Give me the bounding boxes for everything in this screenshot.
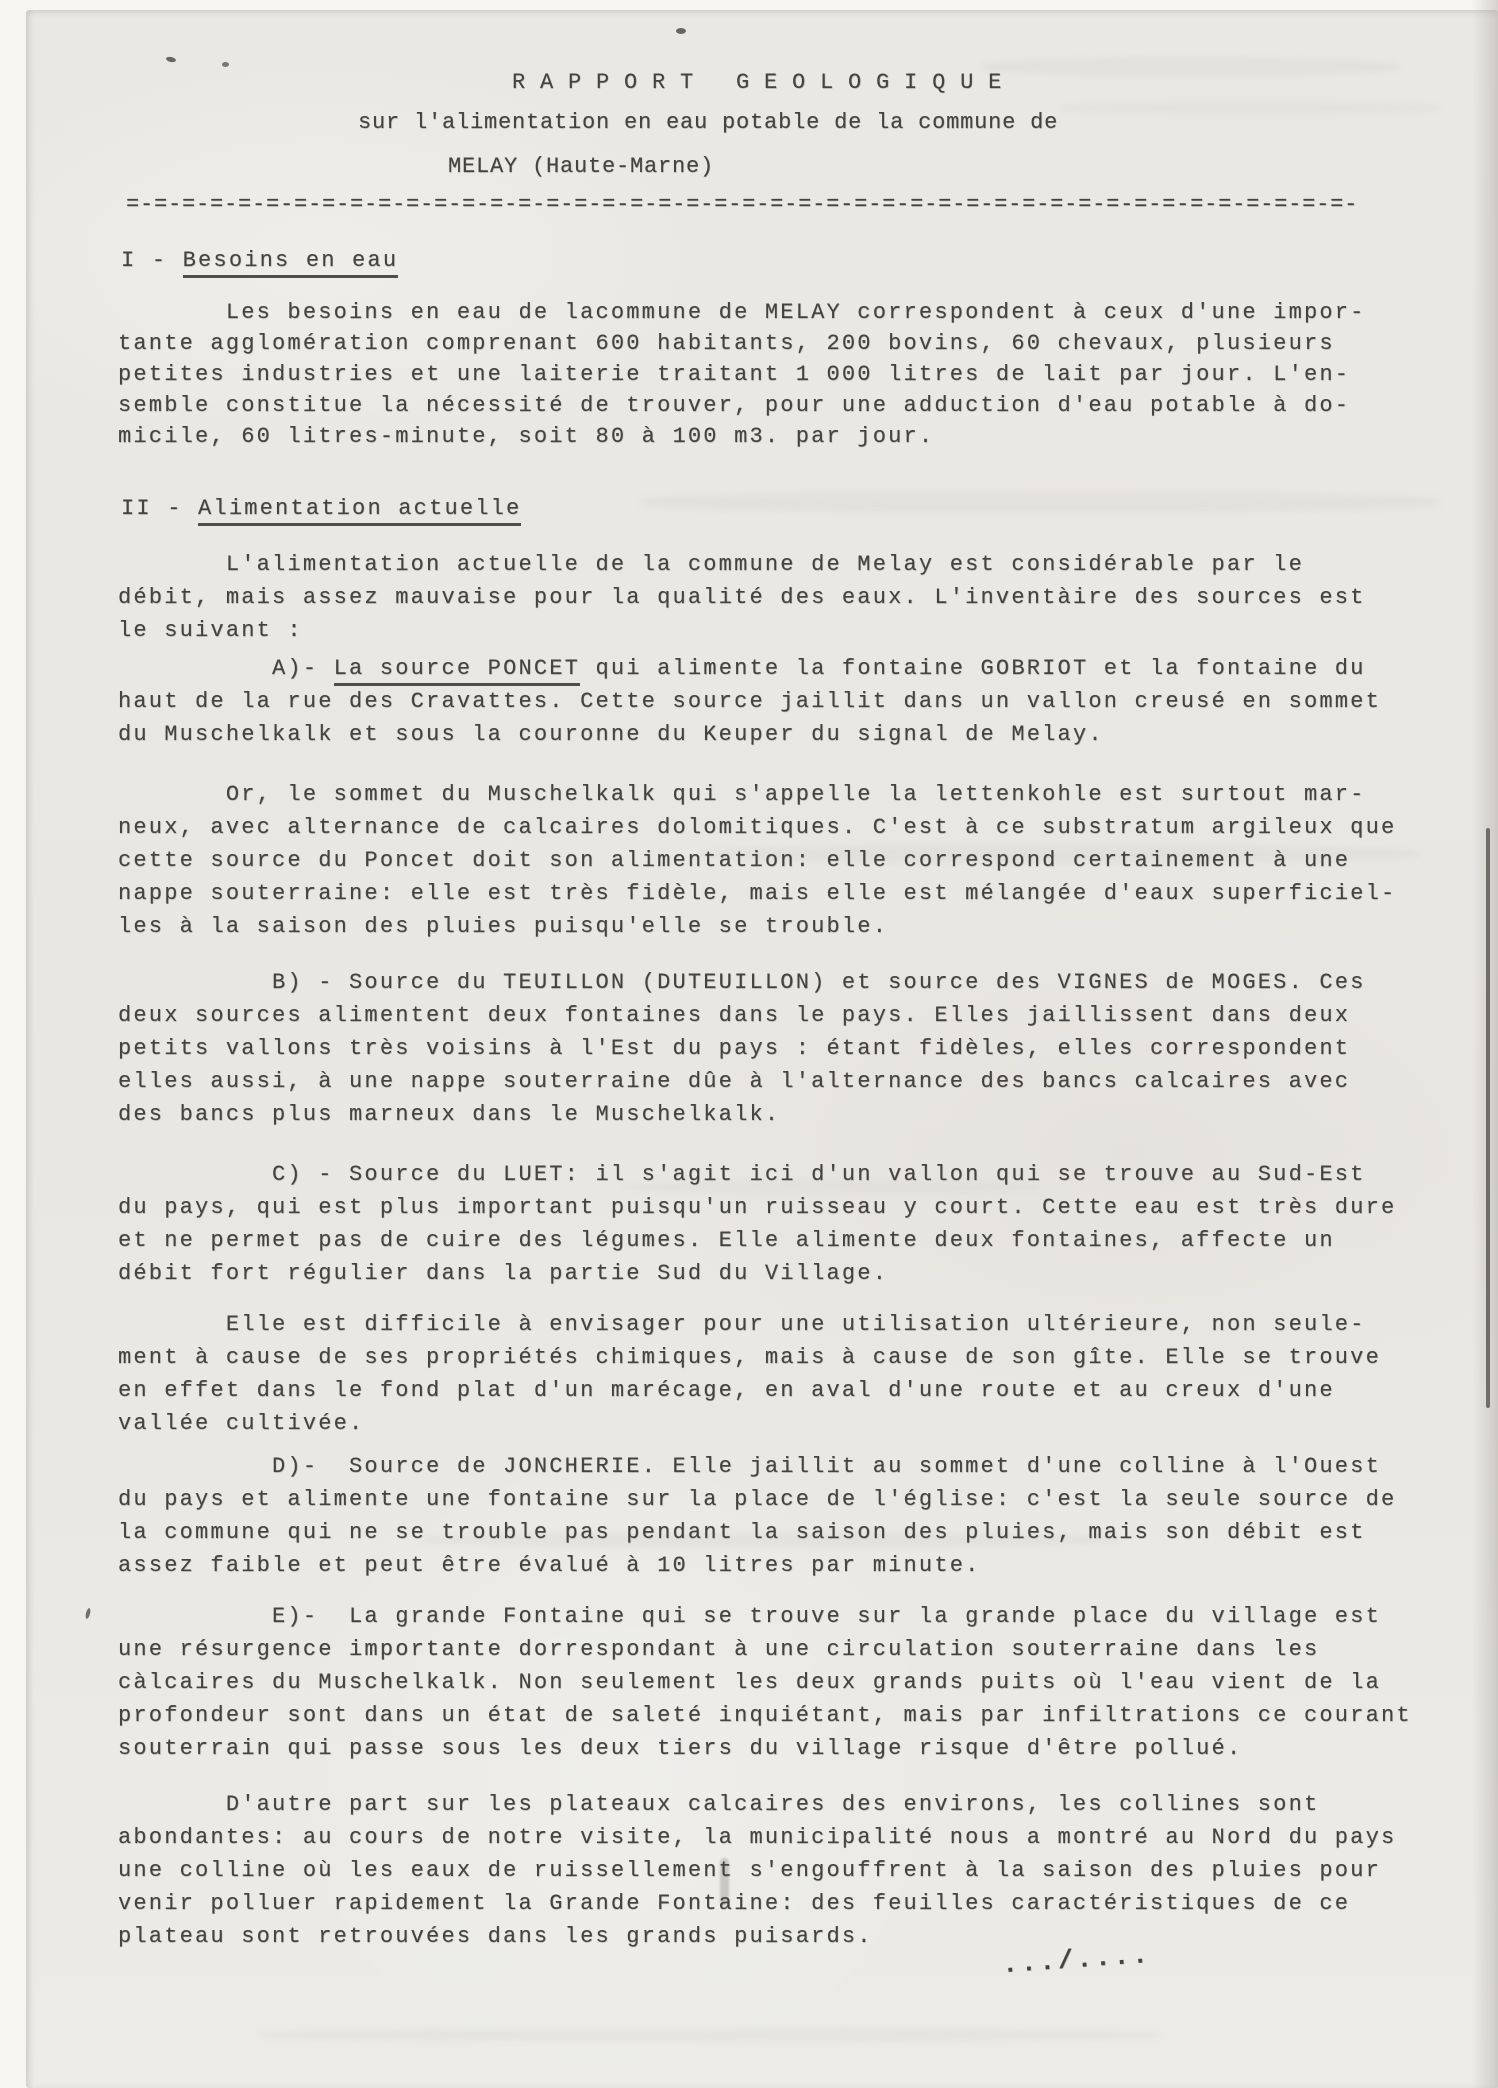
- ink-speck: [222, 62, 229, 67]
- bleed-through-smudge: [640, 492, 1440, 512]
- paragraph-intro-sources: L'alimentation actuelle de la commune de…: [118, 548, 1366, 647]
- bleed-through-smudge: [980, 58, 1400, 76]
- item-source-joncherie: D)- Source de JONCHERIE. Elle jaillit au…: [118, 1450, 1396, 1582]
- item-letter: A)-: [118, 656, 334, 681]
- scan-edge-line: [1486, 828, 1490, 1408]
- section-heading-label: Alimentation actuelle: [198, 496, 521, 526]
- paragraph-water-needs: Les besoins en eau de lacommune de MELAY…: [118, 297, 1366, 452]
- report-subtitle: sur l'alimentation en eau potable de la …: [358, 106, 1058, 139]
- separator-line: =-=-=-=-=-=-=-=-=-=-=-=-=-=-=-=-=-=-=-=-…: [126, 188, 1358, 221]
- report-title: R A P P O R T G E O L O G I Q U E: [512, 66, 1002, 99]
- section-heading-alimentation: II - Alimentation actuelle: [121, 492, 521, 525]
- item-grande-fontaine: E)- La grande Fontaine qui se trouve sur…: [118, 1600, 1412, 1765]
- item-source-teuillon: B) - Source du TEUILLON (DUTEUILLON) et …: [118, 966, 1366, 1131]
- paragraph-plateaux: D'autre part sur les plateaux calcaires …: [118, 1788, 1396, 1953]
- item-source-luet: C) - Source du LUET: il s'agit ici d'un …: [118, 1158, 1396, 1290]
- scanned-document: R A P P O R T G E O L O G I Q U E sur l'…: [0, 0, 1498, 2088]
- paragraph-poncet-detail: Or, le sommet du Muschelkalk qui s'appel…: [118, 778, 1396, 943]
- section-number: I -: [121, 248, 183, 273]
- section-number: II -: [121, 496, 198, 521]
- paragraph-luet-detail: Elle est difficile à envisager pour une …: [118, 1308, 1381, 1440]
- report-location: MELAY (Haute-Marne): [448, 150, 714, 183]
- bleed-through-smudge: [260, 2028, 1160, 2042]
- section-heading-label: Besoins en eau: [183, 248, 399, 278]
- section-heading-besoins: I - Besoins en eau: [121, 244, 398, 277]
- scan-edge-shadow: [1472, 0, 1498, 2088]
- item-title-underlined: La source PONCET: [334, 656, 580, 686]
- ink-speck: [676, 28, 686, 34]
- item-source-poncet: A)- La source PONCET qui alimente la fon…: [118, 652, 1381, 751]
- bleed-through-smudge: [1060, 100, 1440, 116]
